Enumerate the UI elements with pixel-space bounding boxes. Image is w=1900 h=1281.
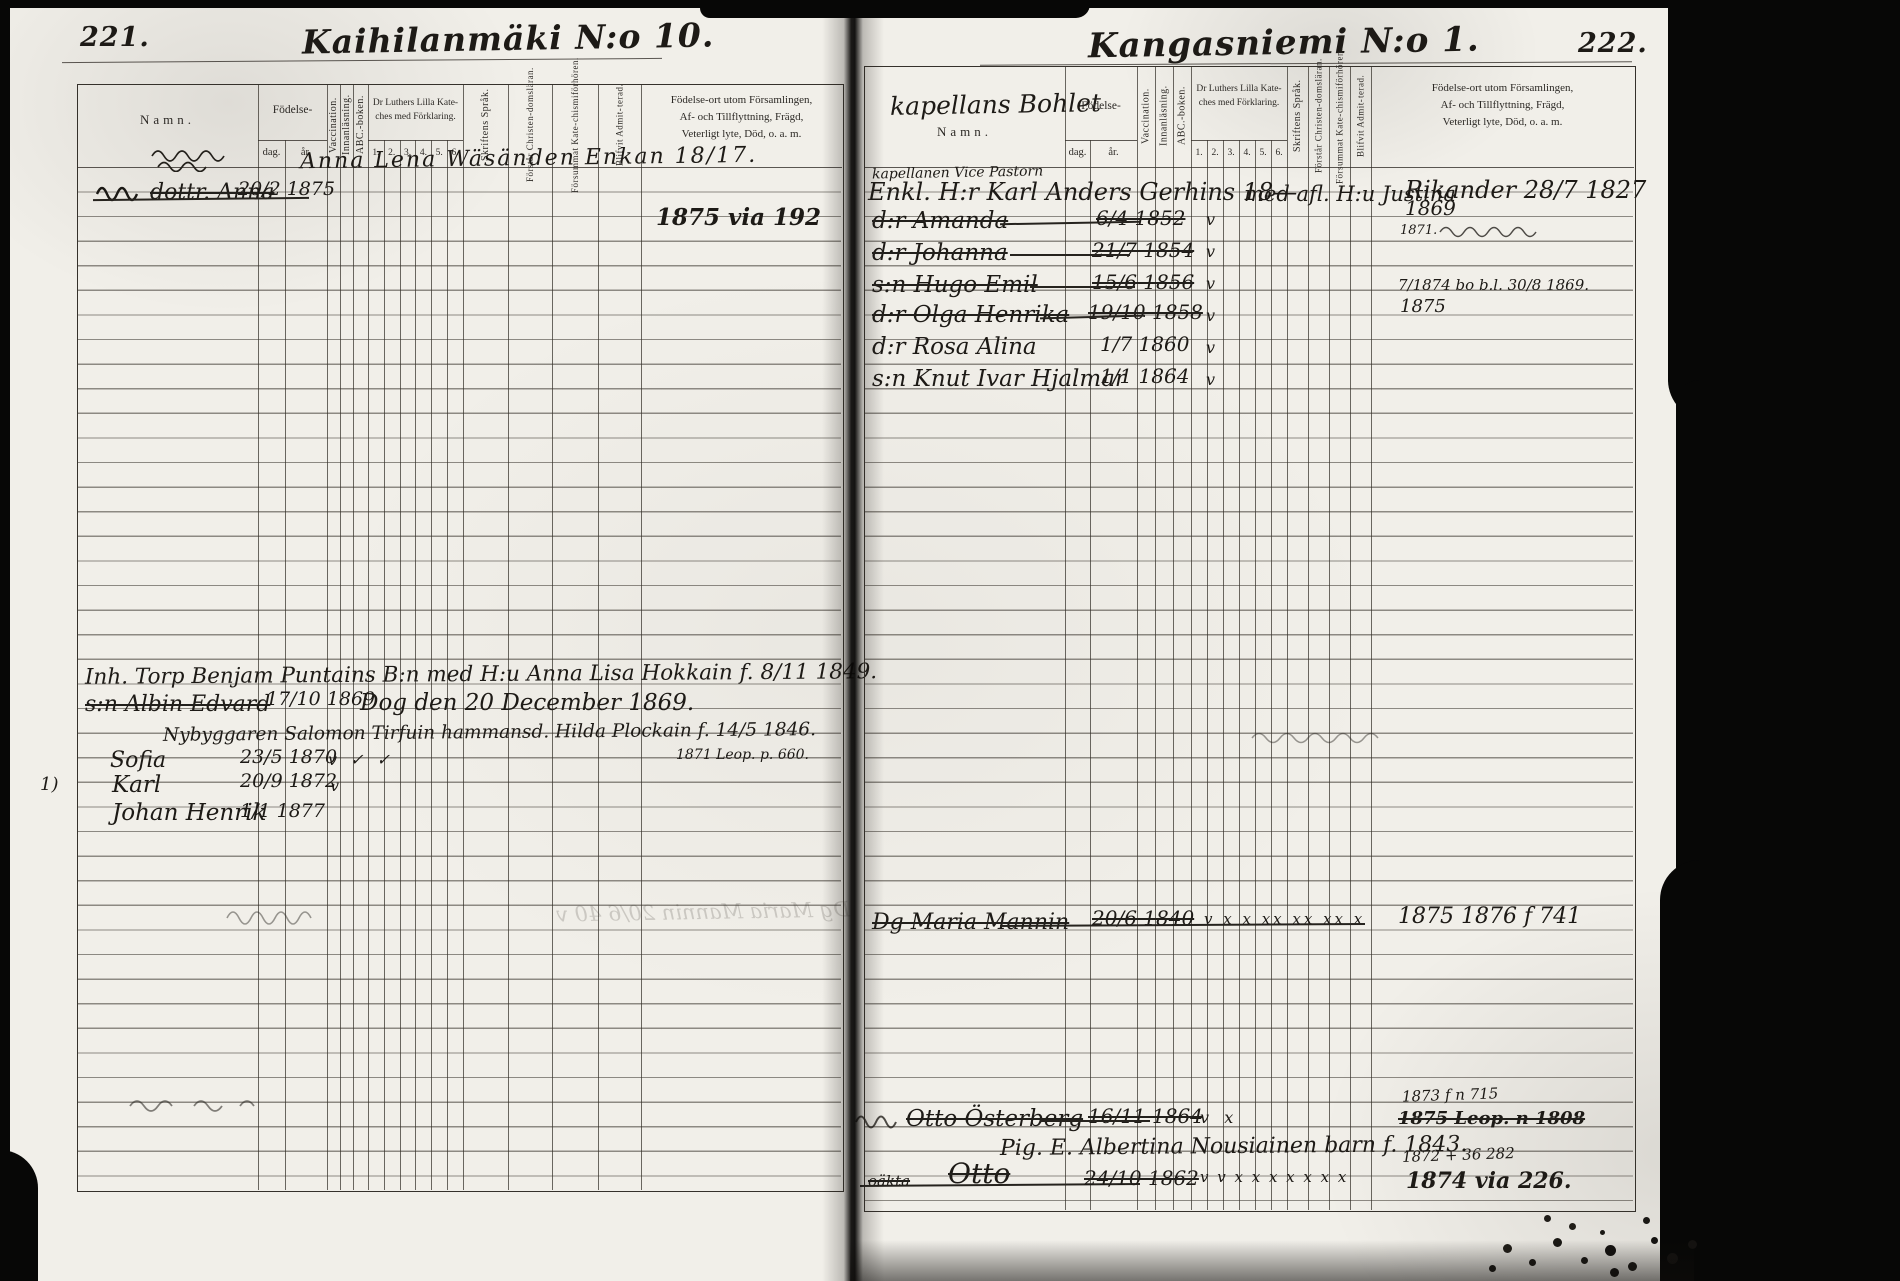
notes-line3: Veterligt lyte, Död, o. a. m. xyxy=(1371,114,1634,131)
right-page: Kangasniemi N:o 1. 222. kapellans Bohlet… xyxy=(0,0,1900,1281)
scan-bottom-noise xyxy=(850,1240,1694,1281)
record-entry-note1: 1872 + 36 282 xyxy=(1402,1146,1515,1165)
scanned-register-spread: 221. Kaihilanmäki N:o 10. Namn. Födelse-… xyxy=(0,0,1900,1281)
kateches-line1: Dr Luthers Lilla Kate- xyxy=(1183,82,1295,96)
kateches-grade-numbers: 1. 2. 3. 4. 5. 6. xyxy=(1191,148,1287,158)
record-entry-name: s:n Hugo Emil xyxy=(872,274,1038,297)
vlabel-text: Förstår Christen- xyxy=(1313,104,1323,174)
column-header-namn: Namn. xyxy=(864,124,1065,140)
record-entry-note: 1875 1876 f 741 xyxy=(1398,906,1581,928)
record-entry-date: 24/10 1862 xyxy=(1084,1168,1199,1188)
record-entry-marks: v xyxy=(1206,372,1215,388)
column-header-dag: dag. xyxy=(1065,147,1090,158)
col-line xyxy=(1308,66,1309,1210)
scan-speckle-cluster xyxy=(1600,1230,1605,1235)
record-entry-note: 1869 xyxy=(1405,198,1456,218)
grade-2: 2. xyxy=(1211,148,1218,158)
column-header-innanlasning: Innanläsning. xyxy=(1155,68,1173,164)
grade-5: 5. xyxy=(1259,148,1266,158)
notes-line2: Af- och Tillflyttning, Frägd, xyxy=(1371,97,1634,114)
record-entry-marks: v xyxy=(1206,340,1215,356)
strike-line xyxy=(1030,286,1135,288)
record-entry-note2: 1875 Leop. n 1808 xyxy=(1398,1110,1585,1128)
page-title: Kangasniemi N:o 1. xyxy=(1088,23,1480,64)
record-entry: Enkl. H:r Karl Anders Gerhins 18— xyxy=(868,180,1297,204)
column-header-fodelse: Födelse- xyxy=(1065,100,1137,112)
record-entry-date: 16/11 1864 xyxy=(1088,1106,1203,1126)
record-entry-marks: v xyxy=(1206,244,1215,260)
strike-line xyxy=(1040,1120,1150,1122)
vlabel-text: Blifvit Admit- xyxy=(1355,99,1365,157)
vlabel-text: terad. xyxy=(1355,75,1365,98)
record-entry-marks: v xyxy=(1206,308,1215,324)
page-number: 222. xyxy=(1578,30,1648,57)
scan-edge-left xyxy=(0,0,10,1281)
record-entry-name: s:n Knut Ivar Hjalmar xyxy=(872,368,1126,391)
col-line-sub xyxy=(1255,140,1256,1210)
record-entry-date: 15/6 1856 xyxy=(1092,272,1194,292)
scan-edge-right xyxy=(1694,0,1900,1281)
record-entry-name: d:r Olga Henrika xyxy=(872,304,1069,327)
record-entry-note: 1875 xyxy=(1400,298,1446,316)
grade-4: 4. xyxy=(1243,148,1250,158)
column-header-vaccination: Vaccination. xyxy=(1137,68,1155,164)
column-header-ar: år. xyxy=(1090,147,1137,158)
record-entry-note2: 1871. xyxy=(1400,224,1437,237)
record-entry-name: Dg Maria Mannin xyxy=(872,912,1069,934)
column-header-kateches: Dr Luthers Lilla Kate- ches med Förklari… xyxy=(1183,82,1295,111)
fodelse-subdivider xyxy=(1065,140,1137,141)
record-entry-note: 7/1874 bo b.l. 30/8 1869. xyxy=(1398,278,1589,293)
record-entry-date: 6/4 1852 xyxy=(1096,208,1185,228)
col-line-sub xyxy=(1271,140,1272,1210)
record-entry-date: 19/10 1858 xyxy=(1088,302,1203,322)
col-line-sub xyxy=(1223,140,1224,1210)
grade-3: 3. xyxy=(1227,148,1234,158)
col-line-sub xyxy=(1239,140,1240,1210)
record-entry-date: 21/7 1854 xyxy=(1092,240,1194,260)
record-entry-note1: 1873 f n 715 xyxy=(1402,1086,1499,1104)
notes-line1: Födelse-ort utom Församlingen, xyxy=(1371,80,1634,97)
col-line xyxy=(1350,66,1351,1210)
vlabel-text: domsläran. xyxy=(1313,59,1323,104)
illegible-scribble xyxy=(1250,728,1400,746)
record-entry-date: 1/7 1860 xyxy=(1100,334,1189,354)
scan-edge-right-wave1 xyxy=(1668,0,1708,420)
grade-1: 1. xyxy=(1195,148,1202,158)
vlabel-text: Vaccination. xyxy=(1140,88,1152,144)
strike-line xyxy=(1010,254,1130,256)
record-entry-note2: 1874 via 226. xyxy=(1406,1170,1572,1192)
column-header-blifvit: Blifvit Admit- terad. xyxy=(1350,68,1371,164)
record-entry-marks: v xyxy=(1206,212,1215,228)
column-header-forstar: Förstår Christen- domsläran. xyxy=(1308,68,1329,164)
book-gutter-shadow xyxy=(822,0,884,1281)
col-line-sub xyxy=(1207,140,1208,1210)
record-entry-name: d:r Amanda xyxy=(872,210,1008,233)
kateches-line2: ches med Förklaring. xyxy=(1183,96,1295,110)
illegible-scribble xyxy=(1438,222,1568,240)
vlabel-text: Innanläsning. xyxy=(1158,86,1170,147)
col-line xyxy=(1329,66,1330,1210)
col-line xyxy=(1371,66,1372,1210)
column-header-notes: Födelse-ort utom Församlingen, Af- och T… xyxy=(1371,80,1634,131)
vlabel-text: Försummat Kate- xyxy=(1334,113,1344,184)
column-header-skriftens-sprak: Skriftens Språk. xyxy=(1287,68,1308,164)
scan-edge-right-wave2 xyxy=(1676,380,1708,900)
grade-6: 6. xyxy=(1275,148,1282,158)
column-header-forsummat: Försummat Kate- chismiförhören. xyxy=(1329,68,1350,164)
record-entry-name: d:r Johanna xyxy=(872,242,1008,265)
vlabel-text: Skriftens Språk. xyxy=(1292,80,1304,152)
record-entry-marks: v xyxy=(1206,276,1215,292)
scan-edge-top-blob xyxy=(700,0,1090,18)
scan-edge-right-wave3 xyxy=(1660,860,1708,1281)
record-entry-marks: v v x x x x x x x xyxy=(1200,1170,1348,1185)
record-entry-name: d:r Rosa Alina xyxy=(872,336,1037,359)
record-entry-date: 1/1 1864 xyxy=(1100,366,1189,386)
record-entry-marks: v x xyxy=(1200,1110,1233,1126)
col-line xyxy=(1065,66,1066,1210)
vlabel-text: chismiförhören. xyxy=(1334,48,1344,113)
record-entry: Pig. E. Albertina Nousiainen barn f. 184… xyxy=(1000,1134,1468,1160)
col-line xyxy=(1287,66,1288,1210)
